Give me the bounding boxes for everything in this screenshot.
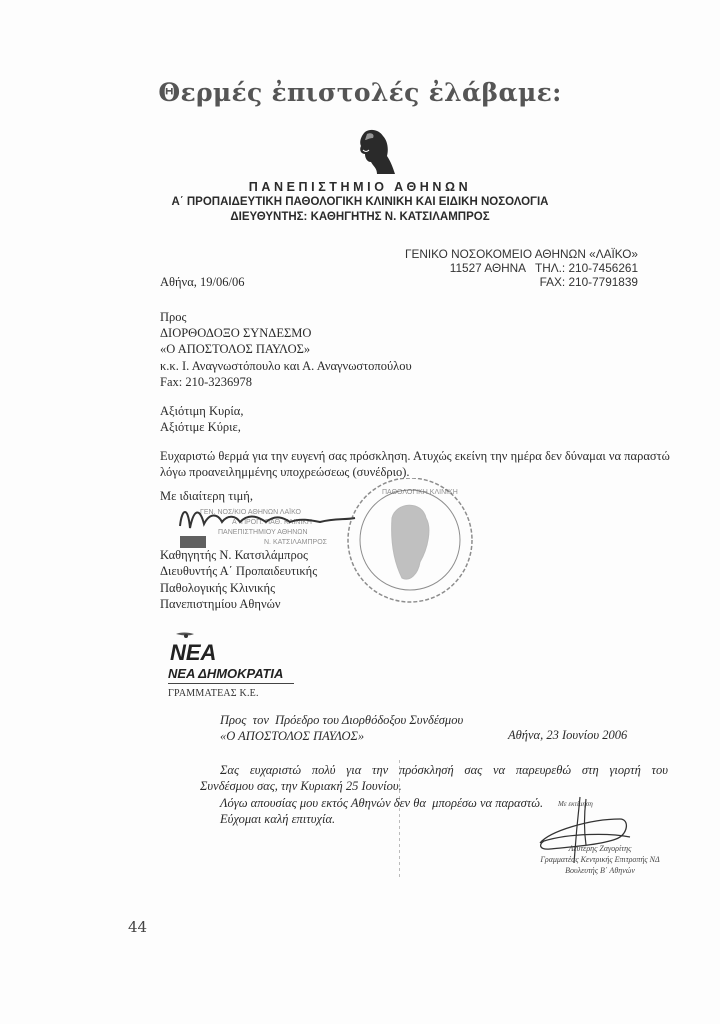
page-heading: Θερμές ἐπιστολές ἐλάβαμε: (0, 78, 720, 107)
handwritten-signature-icon (180, 512, 355, 548)
page-number: 44 (128, 918, 147, 936)
letter2-signoff: Λευτέρης Ζαγορίτης Γραμματέας Κεντρικής … (530, 843, 670, 876)
recipient-line: κ.κ. Ι. Αναγνωστόπουλο και Α. Αναγνωστοπ… (160, 358, 412, 374)
nea-dimokratia-logo-icon: ΝΕΑ (168, 632, 248, 662)
signoff-line: Καθηγητής Ν. Κατσιλάμπρος (160, 547, 317, 563)
signoff-line: Λευτέρης Ζαγορίτης (530, 843, 670, 854)
signoff-line: Διευθυντής Α΄ Προπαιδευτικής (160, 563, 317, 579)
letter1-date: Αθήνα, 19/06/06 (160, 275, 244, 290)
svg-text:ΝΕΑ: ΝΕΑ (170, 640, 216, 662)
svg-text:ΠΑΝΕΠΙΣΤΗΜΙΟΥ ΑΘΗΝΩΝ: ΠΑΝΕΠΙΣΤΗΜΙΟΥ ΑΘΗΝΩΝ (218, 529, 308, 536)
salutation: Αξιότιμη Κυρία, (160, 403, 243, 419)
university-name: ΠΑΝΕΠΙΣΤΗΜΙΟ ΑΘΗΝΩΝ (0, 180, 720, 194)
letter2-date: Αθήνα, 23 Ιουνίου 2006 (508, 728, 627, 743)
athena-head-logo-icon (343, 128, 397, 176)
party-office: ΓΡΑΜΜΑΤΕΑΣ Κ.Ε. (168, 688, 259, 699)
party-name: ΝΕΑ ΔΗΜΟΚΡΑΤΙΑ (168, 666, 283, 681)
recipient-line: «Ο ΑΠΟΣΤΟΛΟΣ ΠΑΥΛΟΣ» (160, 341, 412, 357)
letter1-recipient: Προς ΔΙΟΡΘΟΔΟΞΟ ΣΥΝΔΕΣΜΟ «Ο ΑΠΟΣΤΟΛΟΣ ΠΑ… (160, 309, 412, 390)
letter1-signoff: Καθηγητής Ν. Κατσιλάμπρος Διευθυντής Α΄ … (160, 547, 317, 612)
recipient-line: «Ο ΑΠΟΣΤΟΛΟΣ ΠΑΥΛΟΣ» (220, 728, 463, 744)
signoff-line: Πανεπιστημίου Αθηνών (160, 596, 317, 612)
body-line: Συνδέσμου σας, την Κυριακή 25 Ιουνίου. (200, 778, 668, 794)
recipient-line: ΔΙΟΡΘΟΔΟΞΟ ΣΥΝΔΕΣΜΟ (160, 325, 412, 341)
svg-text:Α΄ ΠΡΟΠ. ΠΑΘ. ΚΛΙΝΙΚΗ: Α΄ ΠΡΟΠ. ΠΑΘ. ΚΛΙΝΙΚΗ (232, 519, 312, 526)
signoff-line: Γραμματέας Κεντρικής Επιτροπής ΝΔ (530, 854, 670, 865)
letter1-closing: Με ιδιαίτερη τιμή, (160, 489, 253, 505)
hospital-phone: 11527 ΑΘΗΝΑ ΤΗΛ.: 210-7456261 (405, 261, 638, 275)
svg-text:Ν. ΚΑΤΣΙΛΑΜΠΡΟΣ: Ν. ΚΑΤΣΙΛΑΜΠΡΟΣ (264, 539, 328, 546)
clinic-name: Α΄ ΠΡΟΠΑΙΔΕΥΤΙΚΗ ΠΑΘΟΛΟΓΙΚΗ ΚΛΙΝΙΚΗ ΚΑΙ … (0, 196, 720, 208)
signoff-line: Παθολογικής Κλινικής (160, 580, 317, 596)
recipient-line: Fax: 210-3236978 (160, 374, 412, 390)
letter1-salutations: Αξιότιμη Κυρία, Αξιότιμε Κύριε, (160, 403, 243, 435)
hospital-address-block: ΓΕΝΙΚΟ ΝΟΣΟΚΟΜΕΙΟ ΑΘΗΝΩΝ «ΛΑΪΚΟ» 11527 Α… (405, 247, 638, 289)
document-page: Θερμές ἐπιστολές ἐλάβαμε: ΠΑΝΕΠΙΣΤΗΜΙΟ Α… (0, 0, 720, 1024)
hospital-name: ΓΕΝΙΚΟ ΝΟΣΟΚΟΜΕΙΟ ΑΘΗΝΩΝ «ΛΑΪΚΟ» (405, 247, 638, 261)
recipient-line: Προς τον Πρόεδρο του Διορθόδοξου Συνδέσμ… (220, 712, 463, 728)
hospital-fax: FAX: 210-7791839 (405, 275, 638, 289)
clinic-director: ΔΙΕΥΘΥΝΤΗΣ: ΚΑΘΗΓΗΤΗΣ Ν. ΚΑΤΣΙΛΑΜΠΡΟΣ (0, 211, 720, 223)
party-divider (168, 683, 294, 684)
body-line: Σας ευχαριστώ πολύ για την πρόσκλησή σας… (200, 762, 668, 778)
letter2-recipient: Προς τον Πρόεδρο του Διορθόδοξου Συνδέσμ… (220, 712, 463, 744)
svg-text:ΠΑΘΟΛΟΓΙΚΗ ΚΛΙΝΙΚΗ: ΠΑΘΟΛΟΓΙΚΗ ΚΛΙΝΙΚΗ (382, 489, 458, 496)
svg-text:ΓΕΝ. ΝΟΣ/ΚΙΟ ΑΘΗΝΩΝ ΛΑΪΚΟ: ΓΕΝ. ΝΟΣ/ΚΙΟ ΑΘΗΝΩΝ ΛΑΪΚΟ (200, 508, 302, 516)
letter1-body: Ευχαριστώ θερμά για την ευγενή σας πρόσκ… (160, 448, 680, 480)
recipient-line: Προς (160, 309, 412, 325)
salutation: Αξιότιμε Κύριε, (160, 419, 243, 435)
signoff-line: Βουλευτής Β΄ Αθηνών (530, 865, 670, 876)
